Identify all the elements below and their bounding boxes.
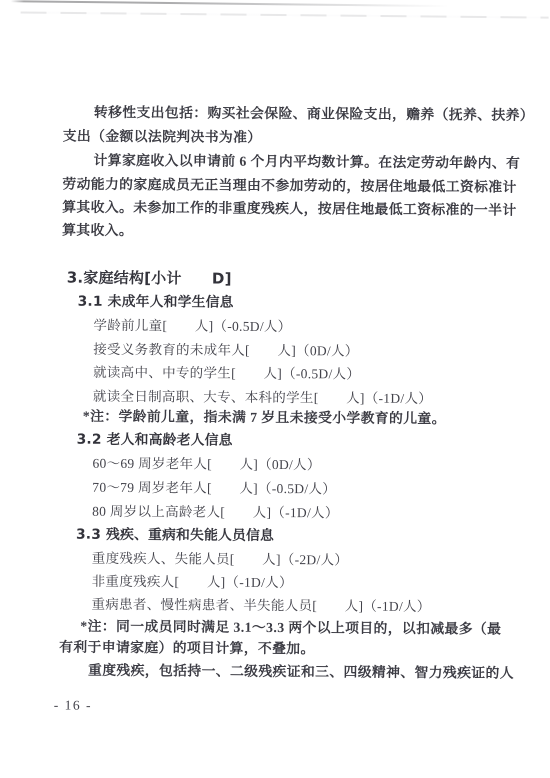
paragraph-income-calc-line1: 计算家庭收入以申请前 6 个月内平均数计算。在法定劳动年龄内、有 bbox=[94, 153, 521, 172]
list-item-compulsory-education-minors: 接受义务教育的未成年人[ 人]（0D/人） bbox=[93, 342, 358, 359]
paragraph-income-calc-line3: 算其收入。未参加工作的非重度残疾人，按居住地最低工资标准的一半计 bbox=[62, 200, 516, 219]
paragraph-transfer-expense-line2: 支出（金额以法院判决书为准） bbox=[63, 129, 262, 146]
paragraph-income-calc-line2: 劳动能力的家庭成员无正当理由不参加劳动的，按居住地最低工资标准计 bbox=[62, 177, 516, 196]
paragraph-severe-disability-definition: 重度残疾，包括持一、二级残疾证和三、四级精神、智力残疾证的人 bbox=[88, 663, 514, 682]
paragraph-income-calc-line4: 算其收入。 bbox=[62, 223, 133, 239]
paragraph-transfer-expense-line1: 转移性支出包括：购买社会保险、商业保险支出，赡养（抚养、扶养） bbox=[94, 105, 534, 124]
list-item-college-students: 就读全日制高职、大专、本科的学生[ 人]（-1D/人） bbox=[93, 389, 432, 407]
scan-artifact-line-top bbox=[11, 0, 449, 7]
note-preschool-definition: *注：学龄前儿童，指未满 7 岁且未接受小学教育的儿童。 bbox=[83, 409, 446, 427]
list-item-elderly-70-79: 70～79 周岁老年人[ 人]（-0.5D/人） bbox=[92, 480, 336, 497]
subsection-title-3-3: 3.3 残疾、重病和失能人员信息 bbox=[76, 528, 274, 545]
list-item-serious-illness: 重病患者、慢性病患者、半失能人员[ 人]（-1D/人） bbox=[91, 597, 430, 615]
scan-artifact-line-secondary bbox=[21, 12, 549, 19]
list-item-severe-disability: 重度残疾人、失能人员[ 人]（-2D/人） bbox=[92, 551, 348, 568]
subsection-title-3-2: 3.2 老人和高龄老人信息 bbox=[77, 433, 233, 450]
list-item-elderly-60-69: 60～69 周岁老年人[ 人]（0D/人） bbox=[92, 456, 320, 473]
list-item-highschool-students: 就读高中、中专的学生[ 人]（-0.5D/人） bbox=[93, 365, 360, 382]
list-item-elderly-80-plus: 80 周岁以上高龄老人[ 人]（-1D/人） bbox=[92, 504, 339, 521]
section-heading-family-structure: 3.家庭结构[小计 D] bbox=[67, 270, 232, 288]
note-no-stacking-line1: *注：同一成员同时满足 3.1～3.3 两个以上项目的，以扣减最多（最 bbox=[80, 619, 501, 638]
subsection-title-3-1: 3.1 未成年人和学生信息 bbox=[78, 295, 234, 312]
list-item-non-severe-disability: 非重度残疾人[ 人]（-1D/人） bbox=[92, 574, 293, 591]
list-item-preschool-children: 学龄前儿童[ 人]（-0.5D/人） bbox=[93, 318, 291, 335]
note-no-stacking-line2: 有利于申请家庭）的项目计算，不叠加。 bbox=[59, 639, 315, 657]
document-page: 转移性支出包括：购买社会保险、商业保险支出，赡养（抚养、扶养） 支出（金额以法院… bbox=[0, 0, 550, 778]
page-number: - 16 - bbox=[54, 697, 92, 713]
